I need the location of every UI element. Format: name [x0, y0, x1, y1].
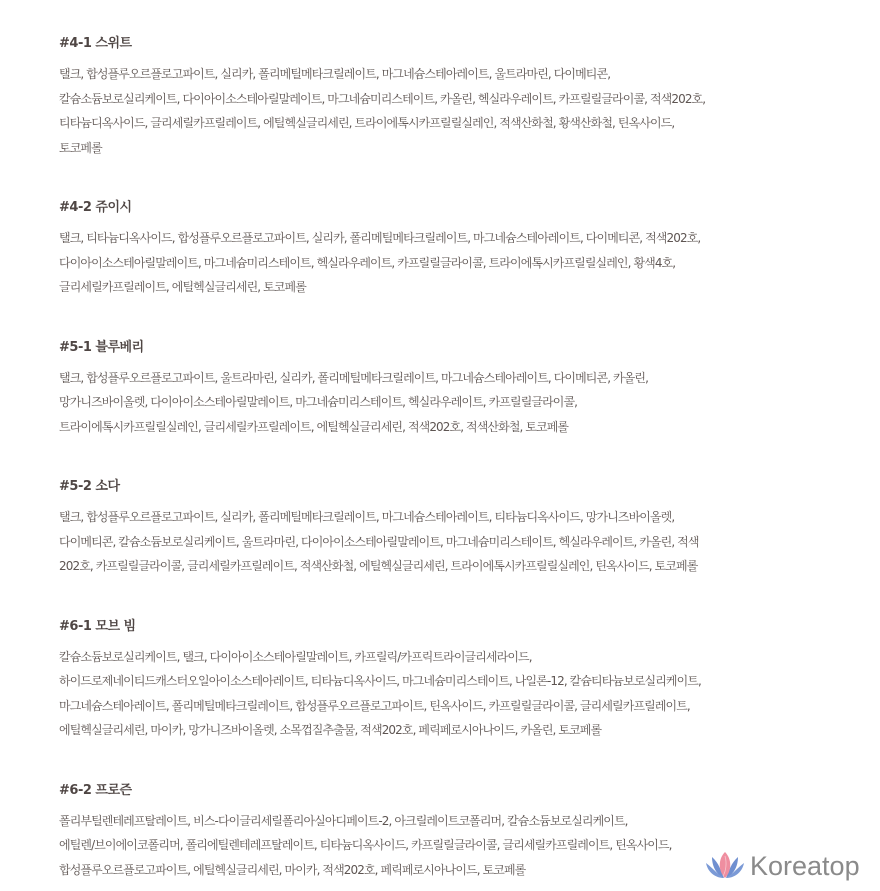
section-4-1: #4-1 스위트 탤크, 합성플루오르플로고파이트, 실리카, 폴리메틸메타크릴… [59, 34, 839, 160]
section-title: #4-2 쥬이시 [59, 198, 839, 218]
ingredient-line: 다이아이소스테아릴말레이트, 마그네슘미리스테이트, 헥실라우레이트, 카프릴릴… [59, 251, 839, 276]
ingredient-line: 칼슘소듐보로실리케이트, 다이아이소스테아릴말레이트, 마그네슘미리스테이트, … [59, 87, 839, 112]
section-4-2: #4-2 쥬이시 탤크, 티타늄디옥사이드, 합성플루오르플로고파이트, 실리카… [59, 198, 839, 300]
section-6-1: #6-1 모브 빔 칼슘소듐보로실리케이트, 탤크, 다이아이소스테아릴말레이트… [59, 617, 839, 743]
logo-text: Koreatop [750, 848, 860, 884]
ingredient-line: 탤크, 합성플루오르플로고파이트, 울트라마린, 실리카, 폴리메틸메타크릴레이… [59, 366, 839, 391]
ingredient-line: 마그네슘스테아레이트, 폴리메틸메타크릴레이트, 합성플루오르플로고파이트, 틴… [59, 694, 839, 719]
ingredient-line: 탤크, 합성플루오르플로고파이트, 실리카, 폴리메틸메타크릴레이트, 마그네슘… [59, 505, 839, 530]
ingredient-line: 토코페롤 [59, 136, 839, 161]
ingredient-line: 망가니즈바이올렛, 다이아이소스테아릴말레이트, 마그네슘미리스테이트, 헥실라… [59, 390, 839, 415]
lotus-icon [704, 851, 746, 881]
ingredient-line: 다이메티콘, 칼슘소듐보로실리케이트, 울트라마린, 다이아이소스테아릴말레이트… [59, 530, 839, 555]
ingredient-line: 칼슘소듐보로실리케이트, 탤크, 다이아이소스테아릴말레이트, 카프릴릭/카프릭… [59, 645, 839, 670]
section-title: #5-1 블루베리 [59, 338, 839, 358]
ingredient-line: 202호, 카프릴릴글라이콜, 글리세릴카프릴레이트, 적색산화철, 에틸헥실글… [59, 554, 839, 579]
ingredients-document: #4-1 스위트 탤크, 합성플루오르플로고파이트, 실리카, 폴리메틸메타크릴… [59, 34, 839, 882]
ingredient-line: 티타늄디옥사이드, 글리세릴카프릴레이트, 에틸헥실글리세린, 트라이에톡시카프… [59, 111, 839, 136]
ingredient-line: 폴리부틸렌테레프탈레이트, 비스-다이글리세릴폴리아실아디페이트-2, 아크릴레… [59, 809, 839, 834]
section-5-2: #5-2 소다 탤크, 합성플루오르플로고파이트, 실리카, 폴리메틸메타크릴레… [59, 477, 839, 579]
koreatop-logo: Koreatop [704, 848, 860, 884]
section-5-1: #5-1 블루베리 탤크, 합성플루오르플로고파이트, 울트라마린, 실리카, … [59, 338, 839, 440]
section-title: #4-1 스위트 [59, 34, 839, 54]
ingredient-line: 탤크, 합성플루오르플로고파이트, 실리카, 폴리메틸메타크릴레이트, 마그네슘… [59, 62, 839, 87]
section-title: #6-1 모브 빔 [59, 617, 839, 637]
ingredient-line: 글리세릴카프릴레이트, 에틸헥실글리세린, 토코페롤 [59, 275, 839, 300]
ingredient-line: 트라이에톡시카프릴릴실레인, 글리세릴카프릴레이트, 에틸헥실글리세린, 적색2… [59, 415, 839, 440]
section-title: #5-2 소다 [59, 477, 839, 497]
section-title: #6-2 프로즌 [59, 781, 839, 801]
ingredient-line: 하이드로제네이티드캐스터오일아이소스테아레이트, 티타늄디옥사이드, 마그네슘미… [59, 669, 839, 694]
ingredient-line: 탤크, 티타늄디옥사이드, 합성플루오르플로고파이트, 실리카, 폴리메틸메타크… [59, 226, 839, 251]
ingredient-line: 에틸헥실글리세린, 마이카, 망가니즈바이올렛, 소목껍질추출물, 적색202호… [59, 718, 839, 743]
